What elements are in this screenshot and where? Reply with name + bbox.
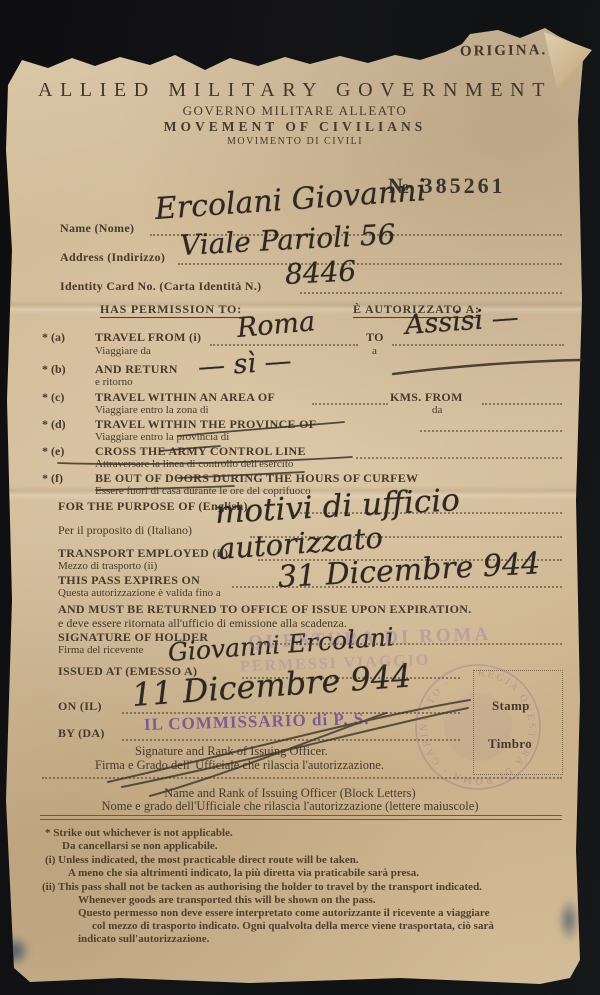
expires-label-en: THIS PASS EXPIRES ON (58, 574, 200, 587)
item-c-da-label: da (432, 405, 442, 417)
identity-card-label: Identity Card No. (Carta Identità N.) (60, 280, 261, 293)
photo-of-document: ORIGINA. ALLIED MILITARY GOVERNMENT GOVE… (0, 0, 600, 995)
item-e-label-en: CROSS THE ARMY CONTROL LINE (95, 445, 306, 458)
stamp-box-label-it: Timbro (488, 737, 532, 751)
purpose-label-it: Per il proposito di (Italiano) (58, 524, 192, 537)
footnote-star-it: Da cancellarsi se non applicabile. (62, 841, 218, 853)
item-b-marker: * (b) (42, 363, 66, 376)
item-f-label-en: BE OUT OF DOORS DURING THE HOURS OF CURF… (95, 472, 418, 485)
double-rule (40, 815, 562, 820)
dotted-line (420, 430, 562, 432)
original-stamp: ORIGINA. (460, 43, 548, 60)
footnote-ii-it3: indicato sull'autorizzazione. (78, 934, 209, 946)
issued-on-label: ON (IL) (58, 700, 102, 713)
holder-signature-label-it: Firma del ricevente (58, 645, 144, 657)
section-title: MOVEMENT OF CIVILIANS (20, 120, 570, 134)
address-handwritten-value: Viale Parioli 56 (179, 218, 396, 262)
item-b-label-it: e ritorno (95, 377, 133, 389)
item-a-label-it: Viaggiare da (95, 346, 151, 358)
item-c-label-en: TRAVEL WITHIN AN AREA OF (95, 391, 275, 404)
item-c-marker: * (c) (42, 391, 64, 404)
stamp-box: Stamp Timbro (473, 670, 563, 775)
item-a-to-label: TO (366, 331, 384, 344)
travel-to-handwritten-value: Assisi — (404, 302, 520, 341)
item-b-label-en: AND RETURN (95, 363, 178, 376)
identity-card-handwritten-value: 8446 (284, 254, 357, 291)
footnote-ii-en2: Whenever goods are transported this will… (78, 895, 376, 907)
item-e-label-it: Attraversare la linea di controllo dell'… (95, 459, 293, 471)
dotted-line (312, 403, 388, 405)
dotted-line (42, 777, 562, 779)
dotted-line (122, 739, 460, 741)
item-a-to-label-it: a (372, 346, 377, 358)
item-d-label-en: TRAVEL WITHIN THE PROVINCE OF (95, 418, 316, 431)
footnote-i-it: A meno che sia altrimenti indicato, la p… (68, 868, 419, 880)
dotted-line (482, 403, 562, 405)
footnote-ii-it: Questo permesso non deve essere interpre… (78, 908, 489, 920)
item-d-label-it: Viaggiare entro la provincia di (95, 432, 229, 444)
item-d-marker: * (d) (42, 418, 66, 431)
officer-signature-label-en: Signature and Rank of Issuing Officer. (135, 745, 328, 758)
transport-label-it: Mezzo di trasporto (ii) (58, 561, 157, 573)
document-title-italian: GOVERNO MILITARE ALLEATO (20, 104, 570, 118)
section-title-italian: MOVIMENTO DI CIVILI (20, 137, 570, 148)
dotted-line (392, 344, 564, 346)
item-c-kms-label: KMS. FROM (390, 391, 463, 404)
ink-smudge (0, 935, 30, 967)
stamp-box-label-en: Stamp (492, 699, 530, 713)
dotted-line (356, 457, 562, 459)
name-label: Name (Nome) (60, 222, 134, 235)
item-c-label-it: Viaggiare entro la zona di (95, 405, 209, 417)
and-return-handwritten-value: — sì — (197, 346, 293, 383)
item-e-marker: * (e) (42, 445, 64, 458)
travel-from-handwritten-value: Roma (236, 306, 317, 344)
footnote-i-en: (i) Unless indicated, the most practicab… (45, 855, 359, 867)
issued-by-label: BY (DA) (58, 727, 105, 740)
ink-smudge (558, 898, 580, 942)
footnote-ii-en: (ii) This pass shall not be tacken as au… (42, 882, 482, 894)
officer-signature-label-it: Firma e Grado dell' Ufficiale che rilasc… (95, 759, 384, 772)
footnote-star-en: * Strike out whichever is not applicable… (45, 828, 233, 840)
item-a-label-en: TRAVEL FROM (i) (95, 331, 201, 344)
permission-heading-en: HAS PERMISSION TO: (100, 303, 242, 318)
address-label: Address (Indirizzo) (60, 251, 165, 264)
return-note-en: AND MUST BE RETURNED TO OFFICE OF ISSUE … (58, 603, 472, 616)
transport-label-en: TRANSPORT EMPLOYED (ii) (58, 547, 228, 560)
dotted-line (178, 263, 562, 265)
document-title: ALLIED MILITARY GOVERNMENT (20, 80, 570, 101)
expires-label-it: Questa autorizzazione è valida fino a (58, 588, 221, 600)
officer-name-label-it: Nome e grado dell'Ufficiale che rilascia… (20, 800, 560, 813)
document-paper: ORIGINA. ALLIED MILITARY GOVERNMENT GOVE… (0, 0, 600, 995)
footnote-ii-it2: col mezzo di trasporto indicato. Ogni qu… (92, 921, 494, 933)
item-a-marker: * (a) (42, 331, 65, 344)
dotted-line (300, 292, 562, 294)
item-f-marker: * (f) (42, 472, 63, 485)
